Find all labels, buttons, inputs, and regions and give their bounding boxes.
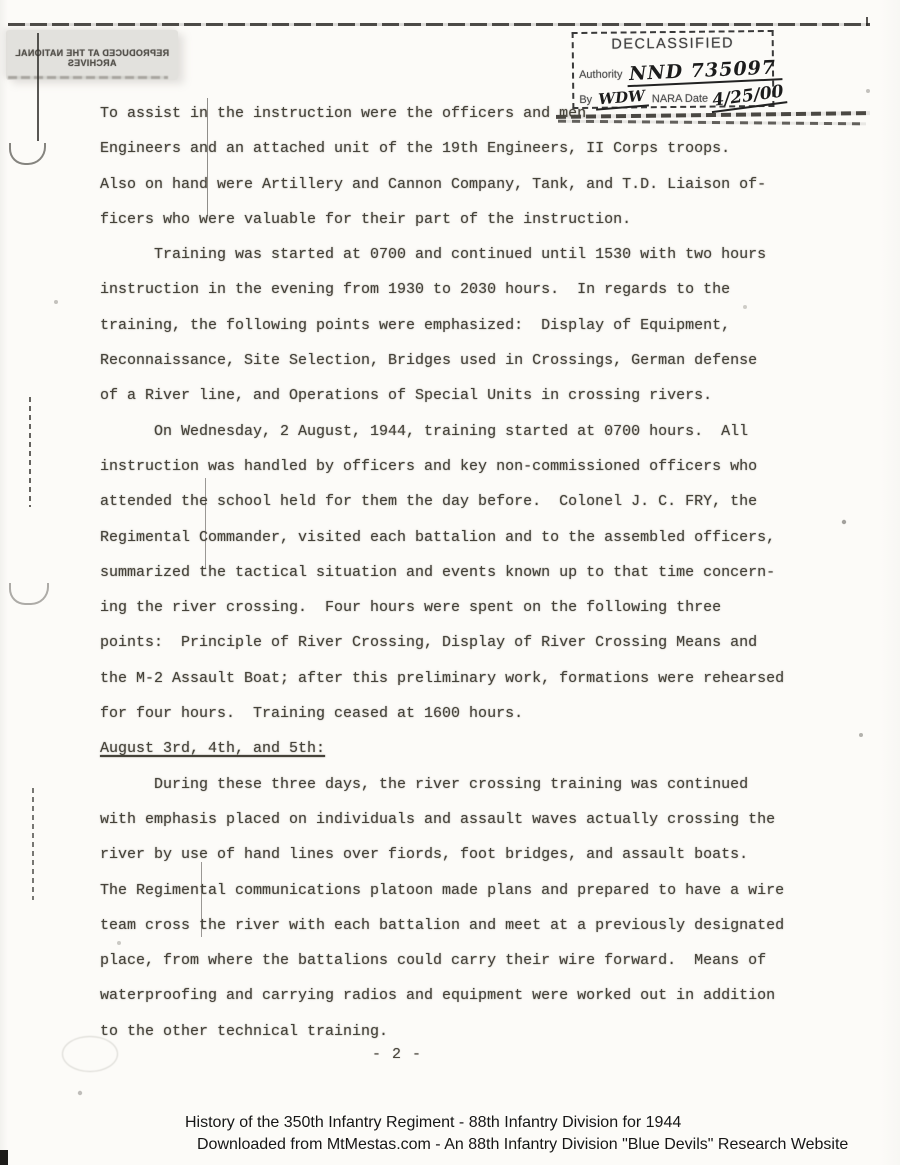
scan-noise-smudge: [6, 30, 178, 80]
body-line: training, the following points were emph…: [100, 308, 880, 343]
footer-document-title: History of the 350th Infantry Regiment -…: [185, 1114, 681, 1132]
body-line: points: Principle of River Crossing, Dis…: [100, 625, 880, 660]
paperclip-mark-line: [37, 33, 39, 141]
mirrored-archive-stamp-text: REPRODUCED AT THE NATIONAL ARCHIVES: [8, 48, 176, 68]
body-line: instruction in the evening from 1930 to …: [100, 272, 880, 307]
body-line: attended the school held for them the da…: [100, 484, 880, 519]
scan-crease-dotted-upper: [29, 397, 31, 507]
scan-smudge-line: [8, 76, 168, 79]
typewritten-body: To assist in the instruction were the of…: [100, 96, 880, 1049]
body-line: instruction was handled by officers and …: [100, 449, 880, 484]
authority-handwritten-value: NND 735097: [627, 56, 783, 87]
body-line: Training was started at 0700 and continu…: [100, 237, 880, 272]
body-line: the M-2 Assault Boat; after this prelimi…: [100, 661, 880, 696]
body-line: Engineers and an attached unit of the 19…: [100, 131, 880, 166]
body-line: Regimental Commander, visited each batta…: [100, 520, 880, 555]
stamp-authority-row: AuthorityNND 735097: [579, 59, 783, 85]
paperclip-mark-arc-top: [9, 143, 46, 165]
body-line: August 3rd, 4th, and 5th:: [100, 731, 880, 766]
scanned-document-page: REPRODUCED AT THE NATIONAL ARCHIVES DECL…: [0, 0, 900, 1165]
body-line: Also on hand were Artillery and Cannon C…: [100, 167, 880, 202]
body-line: To assist in the instruction were the of…: [100, 96, 880, 131]
scan-specks: [0, 0, 2, 2]
corner-scan-chip: [0, 1150, 8, 1165]
body-line: waterproofing and carrying radios and eq…: [100, 978, 880, 1013]
body-line: The Regimental communications platoon ma…: [100, 873, 880, 908]
body-line: ing the river crossing. Four hours were …: [100, 590, 880, 625]
page-number: - 2 -: [372, 1046, 422, 1063]
body-line: to the other technical training.: [100, 1014, 880, 1049]
page-edge-tick: [866, 17, 868, 26]
body-line: for four hours. Training ceased at 1600 …: [100, 696, 880, 731]
body-line: Reconnaissance, Site Selection, Bridges …: [100, 343, 880, 378]
body-line: river by use of hand lines over fiords, …: [100, 837, 880, 872]
page-edge-line: [8, 23, 870, 26]
body-line: of a River line, and Operations of Speci…: [100, 378, 880, 413]
body-line: place, from where the battalions could c…: [100, 943, 880, 978]
authority-label: Authority: [579, 69, 623, 81]
paperclip-mark-arc-middle: [9, 583, 49, 605]
body-line: ficers who were valuable for their part …: [100, 202, 880, 237]
body-line: On Wednesday, 2 August, 1944, training s…: [100, 414, 880, 449]
body-line: During these three days, the river cross…: [100, 767, 880, 802]
footer-source-credit: Downloaded from MtMestas.com - An 88th I…: [197, 1136, 848, 1154]
scan-crease-dotted-lower: [32, 788, 34, 900]
body-line: with emphasis placed on individuals and …: [100, 802, 880, 837]
body-line: team cross the river with each battalion…: [100, 908, 880, 943]
body-line: summarized the tactical situation and ev…: [100, 555, 880, 590]
declassified-stamp-title: DECLASSIFIED: [574, 35, 772, 53]
